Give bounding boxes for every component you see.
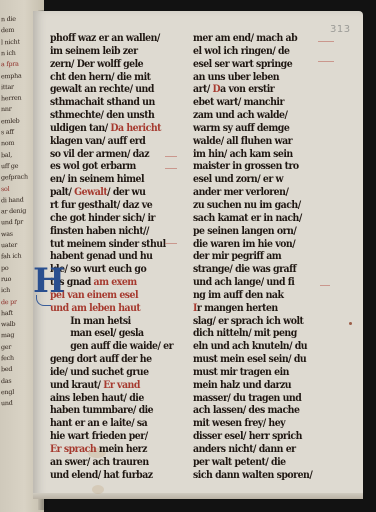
left-page-line: engl — [1, 389, 14, 398]
text-line: hie wart frieden per/ — [50, 430, 197, 443]
left-page-line: ar denig — [1, 208, 26, 217]
text-line: und elend/ hat furbaz — [50, 469, 197, 482]
text-line: ach lassen/ des mache — [193, 404, 340, 417]
text-line: eln und ach knuteln/ du — [193, 340, 340, 353]
text-line: es wol got erbarm — [50, 160, 197, 173]
text-line: hant er an e laite/ sa — [50, 417, 197, 430]
left-page-line: nom — [1, 140, 14, 149]
left-page-line: bed — [1, 366, 12, 375]
left-page-line: n ich — [1, 50, 16, 59]
left-page-line: empha — [1, 72, 22, 81]
text-line: esel ser wart springe — [193, 58, 340, 71]
page-edge — [33, 493, 363, 499]
text-line: uldigen tan/ Da hericht — [50, 122, 197, 135]
text-line: rt fur gesthalt/ daz ve — [50, 199, 197, 212]
left-page-line: ittar — [1, 84, 14, 93]
text-line: habent genad und hu — [50, 250, 197, 263]
text-line: ide/ und suchet grue — [50, 366, 197, 379]
left-page-line: bal, — [1, 151, 12, 160]
text-line: gewalt an rechte/ und — [50, 83, 197, 96]
text-line: masser/ du tragen und — [193, 392, 340, 405]
text-line: ains leben haut/ die — [50, 392, 197, 405]
initial-flourish-icon — [36, 295, 51, 306]
text-line: anders nicht/ dann er — [193, 443, 340, 456]
text-line: tes gnad am exem — [50, 276, 197, 289]
left-page-line: mag — [1, 332, 14, 341]
text-line: ng im auff den nak — [193, 289, 340, 302]
margin-ruling-tick — [318, 41, 334, 42]
text-line: gen auff die waide/ er — [50, 340, 197, 353]
margin-ruling-tick — [320, 285, 330, 286]
text-line: must mir tragen ein — [193, 366, 340, 379]
parchment-stain — [92, 485, 104, 494]
margin-ruling-tick — [165, 168, 177, 169]
text-line: cht den hern/ die mit — [50, 71, 197, 84]
left-page-line: und fpr — [1, 219, 23, 228]
text-line: en/ in seinem himel — [50, 173, 197, 186]
left-page-line: a fpra — [1, 61, 19, 70]
text-line: und am leben haut — [50, 302, 197, 315]
left-page-line: dem — [1, 27, 14, 36]
rubric-text: Er vand — [103, 379, 140, 391]
text-line: disser esel/ herr sprich — [193, 430, 340, 443]
text-line: che got hinder sich/ ir — [50, 212, 197, 225]
left-page-line: uff ge — [1, 163, 18, 172]
text-line: warm sy auff demge — [193, 122, 340, 135]
text-line: sthmechte/ den unsth — [50, 109, 197, 122]
left-page-line: po — [1, 264, 8, 273]
text-line: slag/ er sprach ich wolt — [193, 315, 340, 328]
text-line: lde/ so wurt euch go — [50, 263, 197, 276]
left-page-line: gefprach — [1, 174, 28, 183]
text-line: esel und zorn/ er w — [193, 173, 340, 186]
left-page-line: haft — [1, 310, 13, 319]
left-page-line: ich — [1, 287, 10, 296]
margin-ruling-tick — [318, 61, 334, 62]
left-page-line: di hand — [1, 196, 24, 205]
text-line: und ach lange/ und fi — [193, 276, 340, 289]
left-page-line: l nicht — [1, 38, 20, 47]
text-column-right: mer am end/ mach abel wol ich ringen/ de… — [193, 32, 353, 482]
text-line: an uns uber leben — [193, 71, 340, 84]
text-line: In man hetsi — [50, 315, 197, 328]
rubric-text: Gewalt — [74, 186, 107, 198]
text-line: pel van einem esel — [50, 289, 197, 302]
text-line: zu suchen nu im gach/ — [193, 199, 340, 212]
rubric-text: Er sprach — [50, 443, 96, 455]
text-line: art/ Da von erstir — [193, 83, 340, 96]
text-line: zern/ Der wolff gele — [50, 58, 197, 71]
text-line: pe seinen langen orn/ — [193, 225, 340, 238]
left-page-line: sol — [1, 185, 9, 194]
text-line: man esel/ gesla — [50, 327, 197, 340]
text-line: mit wesen frey/ hey — [193, 417, 340, 430]
text-column-left: phoff waz er an wallen/im seinem leib ze… — [50, 32, 210, 482]
text-line: der mir pegriff am — [193, 250, 340, 263]
text-line: im hin/ ach kam sein — [193, 148, 340, 161]
text-line: Ir mangen herten — [193, 302, 340, 315]
text-line: per walt petent/ die — [193, 456, 340, 469]
left-page-line: was — [1, 230, 13, 239]
left-page-line: das — [1, 377, 11, 386]
text-line: sthmachait sthand un — [50, 96, 197, 109]
text-line: sach kamat er in nach/ — [193, 212, 340, 225]
left-page-line: nnr — [1, 106, 12, 115]
left-page-line: de pr — [1, 298, 17, 307]
left-page-line: emleb — [1, 117, 19, 126]
text-line: klagen van/ auff erd — [50, 135, 197, 148]
left-page-line: walb — [1, 321, 15, 330]
text-line: finsten haben nicht// — [50, 225, 197, 238]
left-page-line: herren — [1, 95, 21, 104]
text-line: phoff waz er an wallen/ — [50, 32, 197, 45]
text-line: haben tummbare/ die — [50, 404, 197, 417]
decorated-initial-H: H — [33, 264, 59, 299]
text-line: mein halz und darzu — [193, 379, 340, 392]
margin-ruling-tick — [165, 156, 177, 157]
left-page-line: n die — [1, 16, 16, 25]
text-line: strange/ die was graff — [193, 263, 340, 276]
text-line: zam und ach walde/ — [193, 109, 340, 122]
text-line: im seinem leib zer — [50, 45, 197, 58]
text-line: walde/ all fluhen war — [193, 135, 340, 148]
text-line: dich nitteln/ mit peng — [193, 327, 340, 340]
left-page-line: und — [1, 400, 13, 409]
rubric-text: D — [213, 83, 221, 95]
left-page-line: ruo — [1, 276, 11, 285]
margin-ruling-tick — [165, 243, 177, 244]
text-line: must mein esel sein/ du — [193, 353, 340, 366]
rubric-text: Da hericht — [110, 122, 161, 134]
text-line: maister in grossen tro — [193, 160, 340, 173]
text-line: ebet wart/ manchir — [193, 96, 340, 109]
text-line: mer am end/ mach ab — [193, 32, 340, 45]
left-page-line: fech — [1, 355, 14, 364]
rubric-text: am exem — [94, 276, 137, 288]
left-page-line: ger — [1, 344, 11, 353]
text-line: und kraut/ Er vand — [50, 379, 197, 392]
left-page-line: uater — [1, 242, 17, 251]
left-page-line: fah ich — [1, 253, 21, 262]
text-line: an swer/ ach trauren — [50, 456, 197, 469]
text-line: so vil der armen/ daz — [50, 148, 197, 161]
left-page-line: s aff — [1, 129, 14, 138]
text-line: die waren im hie von/ — [193, 238, 340, 251]
text-line: Er sprach mein herz — [50, 443, 197, 456]
text-line: geng dort auff der he — [50, 353, 197, 366]
text-line: palt/ Gewalt/ der wu — [50, 186, 197, 199]
text-line: sich dann walten sporen/ — [193, 469, 340, 482]
text-line: ander mer verloren/ — [193, 186, 340, 199]
text-line: el wol ich ringen/ de — [193, 45, 340, 58]
